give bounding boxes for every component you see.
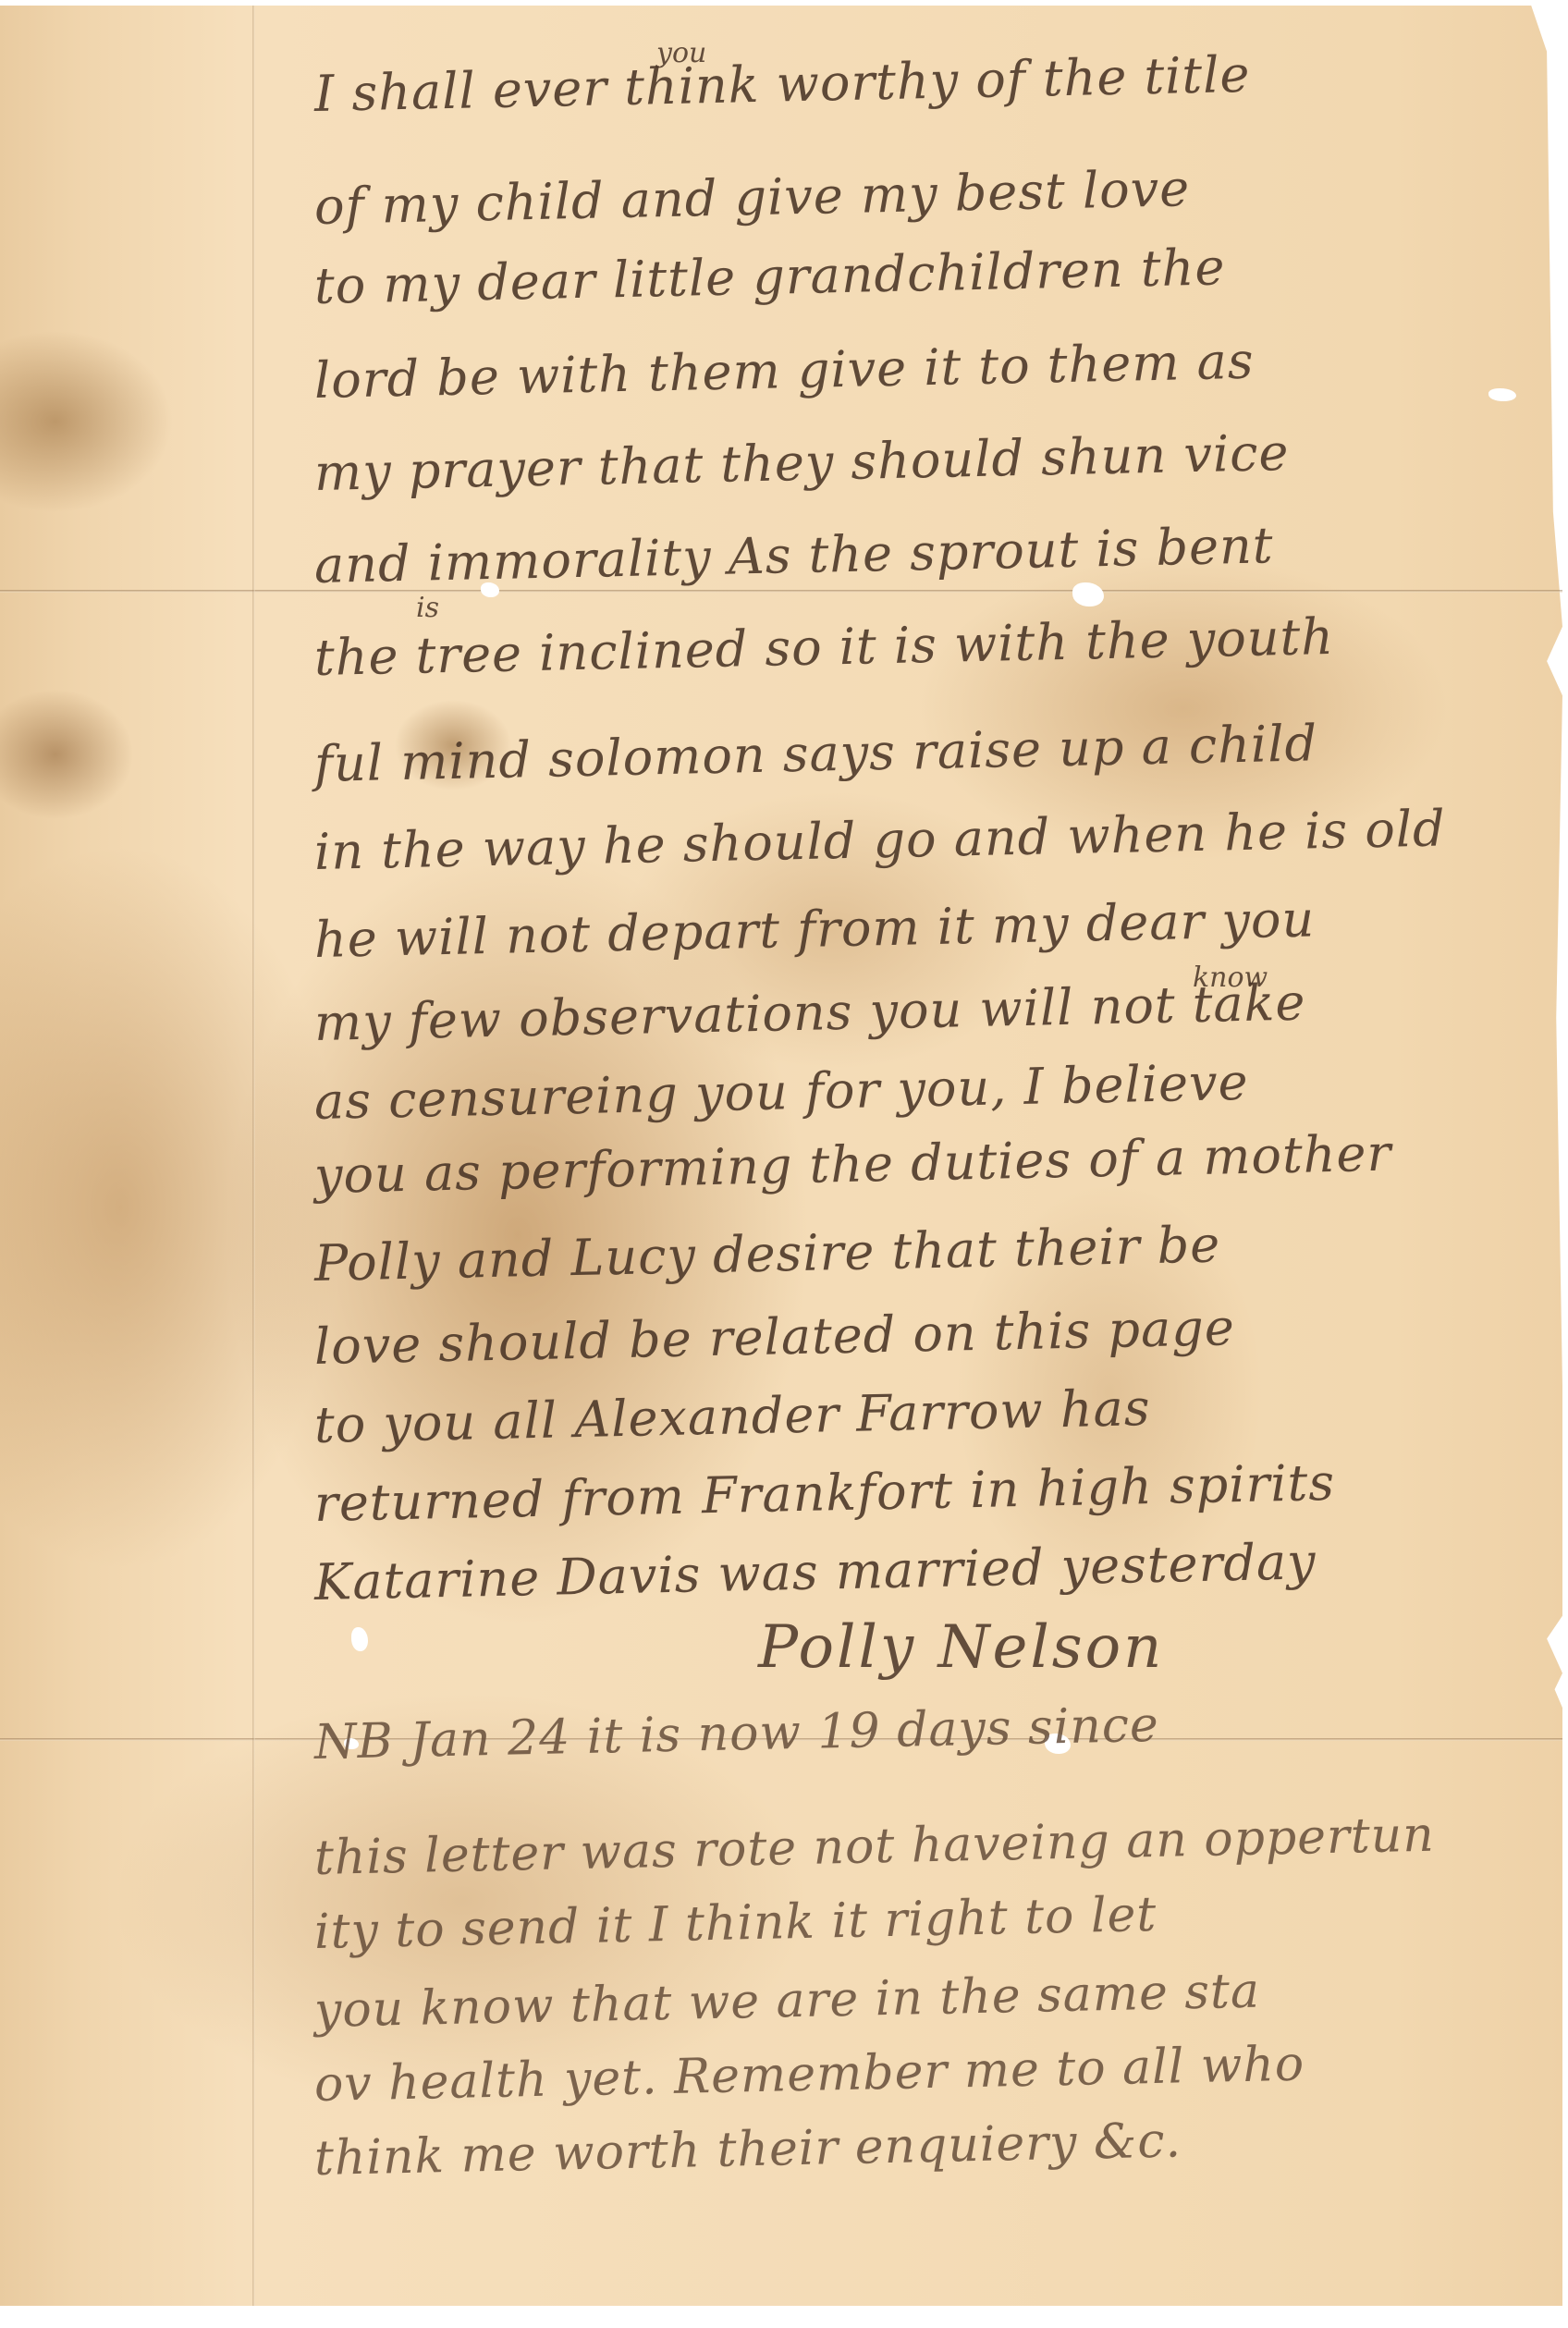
fold-line-vertical <box>252 6 255 2306</box>
paper-hole <box>351 1627 368 1651</box>
paper-hole <box>1488 388 1516 401</box>
signature: Polly Nelson <box>758 1613 1164 1682</box>
fold-line-horizontal-upper <box>0 590 1562 593</box>
paper-hole <box>1072 582 1104 607</box>
insert-above-line: is <box>416 592 439 624</box>
